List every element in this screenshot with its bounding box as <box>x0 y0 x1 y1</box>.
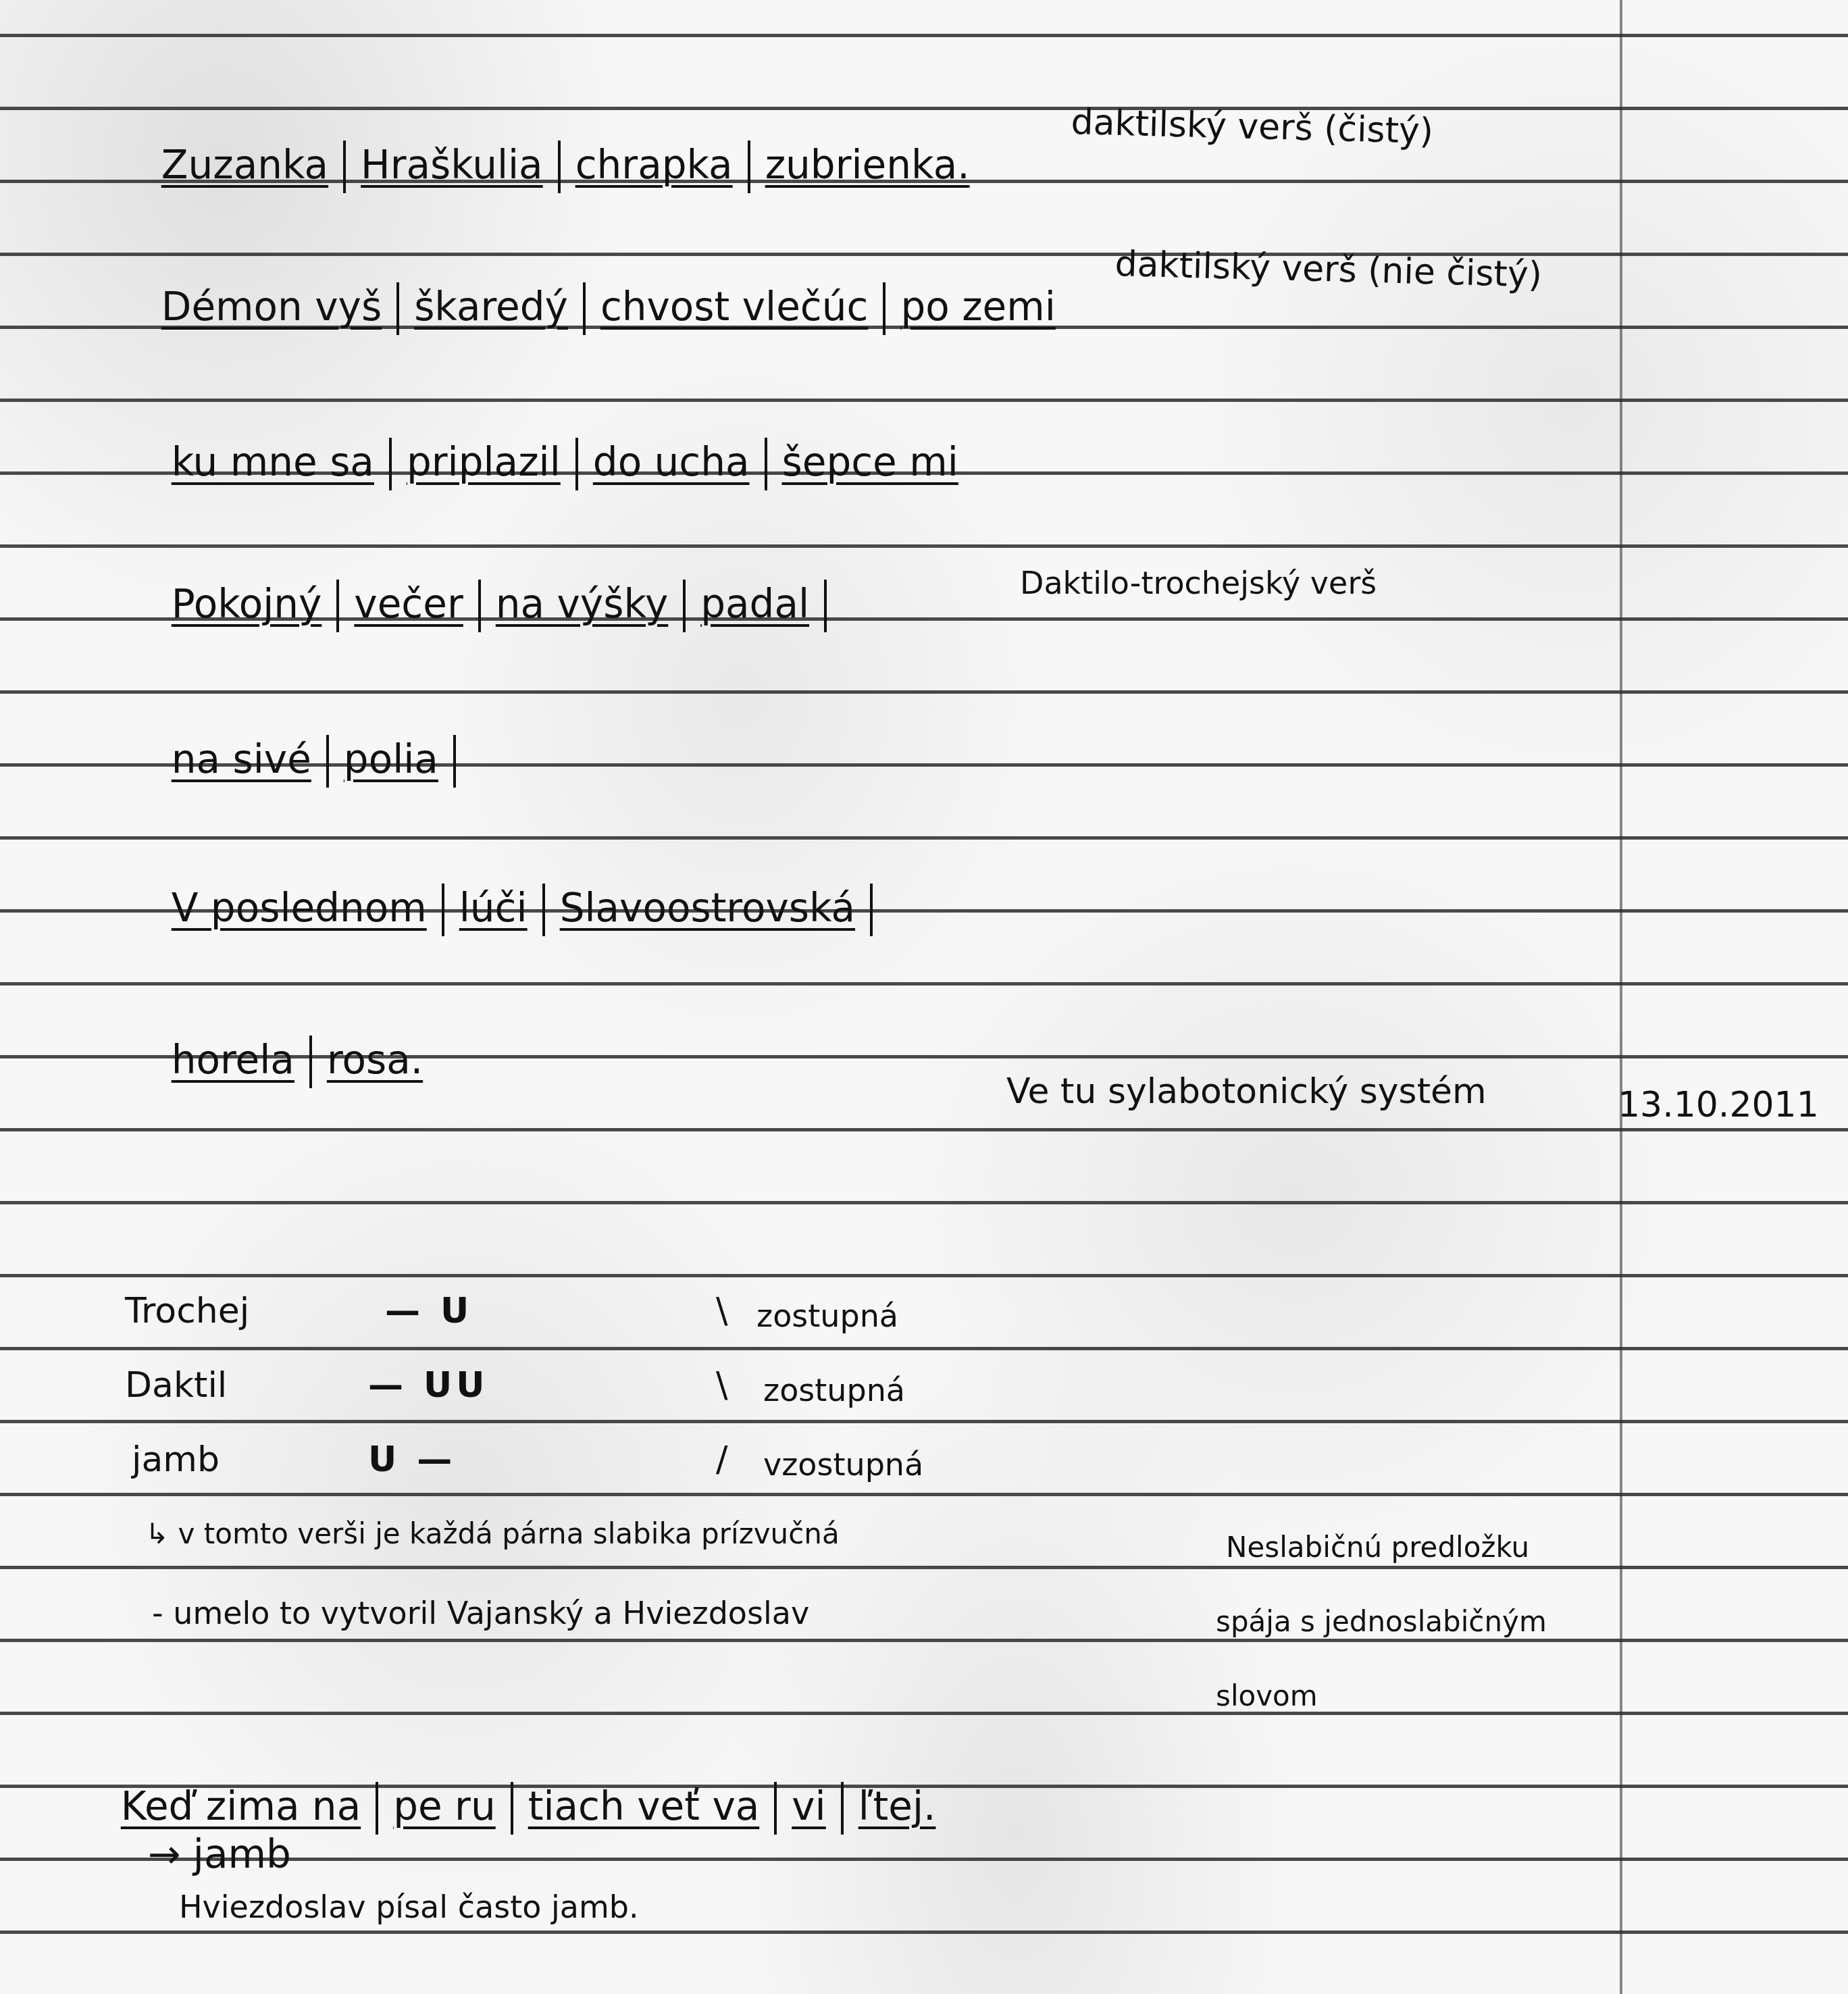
foot-name: jamb <box>132 1442 220 1477</box>
foot-direction: zostupná <box>763 1375 905 1406</box>
verse-note-1: daktilský verš (čistý) <box>1071 105 1434 149</box>
ruled-line <box>0 1201 1848 1204</box>
rising-arrow-icon: / <box>716 1442 728 1477</box>
segment: pe ru <box>393 1783 496 1829</box>
segment: Démon vyš <box>161 284 382 330</box>
segment: škaredý <box>414 284 568 330</box>
ruled-line <box>0 1639 1848 1642</box>
ruled-line <box>0 1128 1848 1131</box>
foot-name: Trochej <box>125 1294 249 1329</box>
side-note-line-2: spája s jednoslabičným <box>1216 1608 1547 1636</box>
verse-line-1: ZuzankaHraškuliachrapkazubrienka. <box>111 101 970 232</box>
ruled-line <box>0 1274 1848 1277</box>
ruled-line <box>0 1566 1848 1569</box>
ruled-line <box>0 1931 1848 1934</box>
segment: ľtej. <box>858 1783 936 1829</box>
segment: na sivé <box>172 736 311 782</box>
segment: večer <box>354 581 463 627</box>
jamb-example: Keď zima nape rutiach veť vaviľtej. → ja… <box>71 1743 935 1913</box>
segment: polia <box>344 736 438 782</box>
ruled-line <box>0 1347 1848 1350</box>
segment: Zuzanka <box>161 142 328 188</box>
falling-arrow-icon: \ <box>716 1368 728 1403</box>
segment: chrapka <box>575 142 733 188</box>
ruled-line <box>0 1493 1848 1496</box>
side-note-line-3: slovom <box>1216 1682 1318 1710</box>
verse-note-2: daktilský verš (nie čistý) <box>1114 247 1543 293</box>
segment: vi <box>792 1783 825 1829</box>
segment: po zemi <box>900 284 1055 330</box>
ruled-line <box>0 982 1848 986</box>
falling-arrow-icon: \ <box>716 1294 728 1329</box>
segment: Pokojný <box>172 581 322 627</box>
segment: rosa. <box>327 1037 423 1083</box>
verse-line-5: na sivépolia <box>122 696 471 827</box>
verse-line-4: Pokojnývečerna výškypadal <box>122 540 842 671</box>
notebook-page: ZuzankaHraškuliachrapkazubrienka. daktil… <box>0 0 1848 1994</box>
segment: do ucha <box>593 439 750 485</box>
segment: priplazil <box>407 439 561 485</box>
ruled-line <box>0 34 1848 37</box>
side-note-line-1: Neslabičnú predložku <box>1226 1533 1529 1562</box>
foot-direction: zostupná <box>756 1300 898 1331</box>
segment: tiach veť va <box>528 1783 760 1829</box>
verse-line-7: horelarosa. <box>122 996 423 1127</box>
segment: Keď zima na <box>121 1783 361 1829</box>
foot-pattern: — UU <box>368 1368 489 1403</box>
verse-line-3: ku mne sapriplazildo uchašepce mi <box>122 399 958 530</box>
segment: ku mne sa <box>172 439 374 485</box>
segment: Slavoostrovská <box>560 885 855 931</box>
verse-line-6: V poslednomlúčiSlavoostrovská <box>122 844 888 975</box>
ruled-line <box>0 690 1848 694</box>
date: 13.10.2011 <box>1618 1088 1819 1123</box>
closing-note: Hviezdoslav písal často jamb. <box>179 1891 639 1922</box>
section-heading: Ve tu sylabotonický systém <box>1006 1074 1487 1109</box>
segment: na výšky <box>496 581 668 627</box>
foot-name: Daktil <box>125 1368 227 1403</box>
foot-pattern: — U <box>385 1294 473 1329</box>
segment: šepce mi <box>782 439 958 485</box>
ruled-line <box>0 1712 1848 1715</box>
segment: zubrienka. <box>765 142 970 188</box>
segment: Hraškulia <box>361 142 543 188</box>
jamb-note-2: - umelo to vytvoril Vajanský a Hviezdosl… <box>152 1597 809 1629</box>
margin-line <box>1620 0 1622 1994</box>
verse-note-4: Daktilo-trochejský verš <box>1020 567 1377 598</box>
segment: horela <box>172 1037 294 1083</box>
segment: padal <box>700 581 809 627</box>
foot-pattern: U — <box>368 1442 456 1477</box>
ruled-line <box>0 836 1848 840</box>
segment: chvost vlečúc <box>600 284 869 330</box>
segment: lúči <box>459 885 528 931</box>
segment: V poslednom <box>172 885 427 931</box>
verse-line-2: Démon vyšškaredýchvost vlečúcpo zemi <box>111 243 1056 374</box>
jamb-result: → jamb <box>148 1831 291 1877</box>
ruled-line <box>0 1420 1848 1423</box>
jamb-note-1: ↳ v tomto verši je každá párna slabika p… <box>145 1520 840 1548</box>
foot-direction: vzostupná <box>763 1449 923 1480</box>
